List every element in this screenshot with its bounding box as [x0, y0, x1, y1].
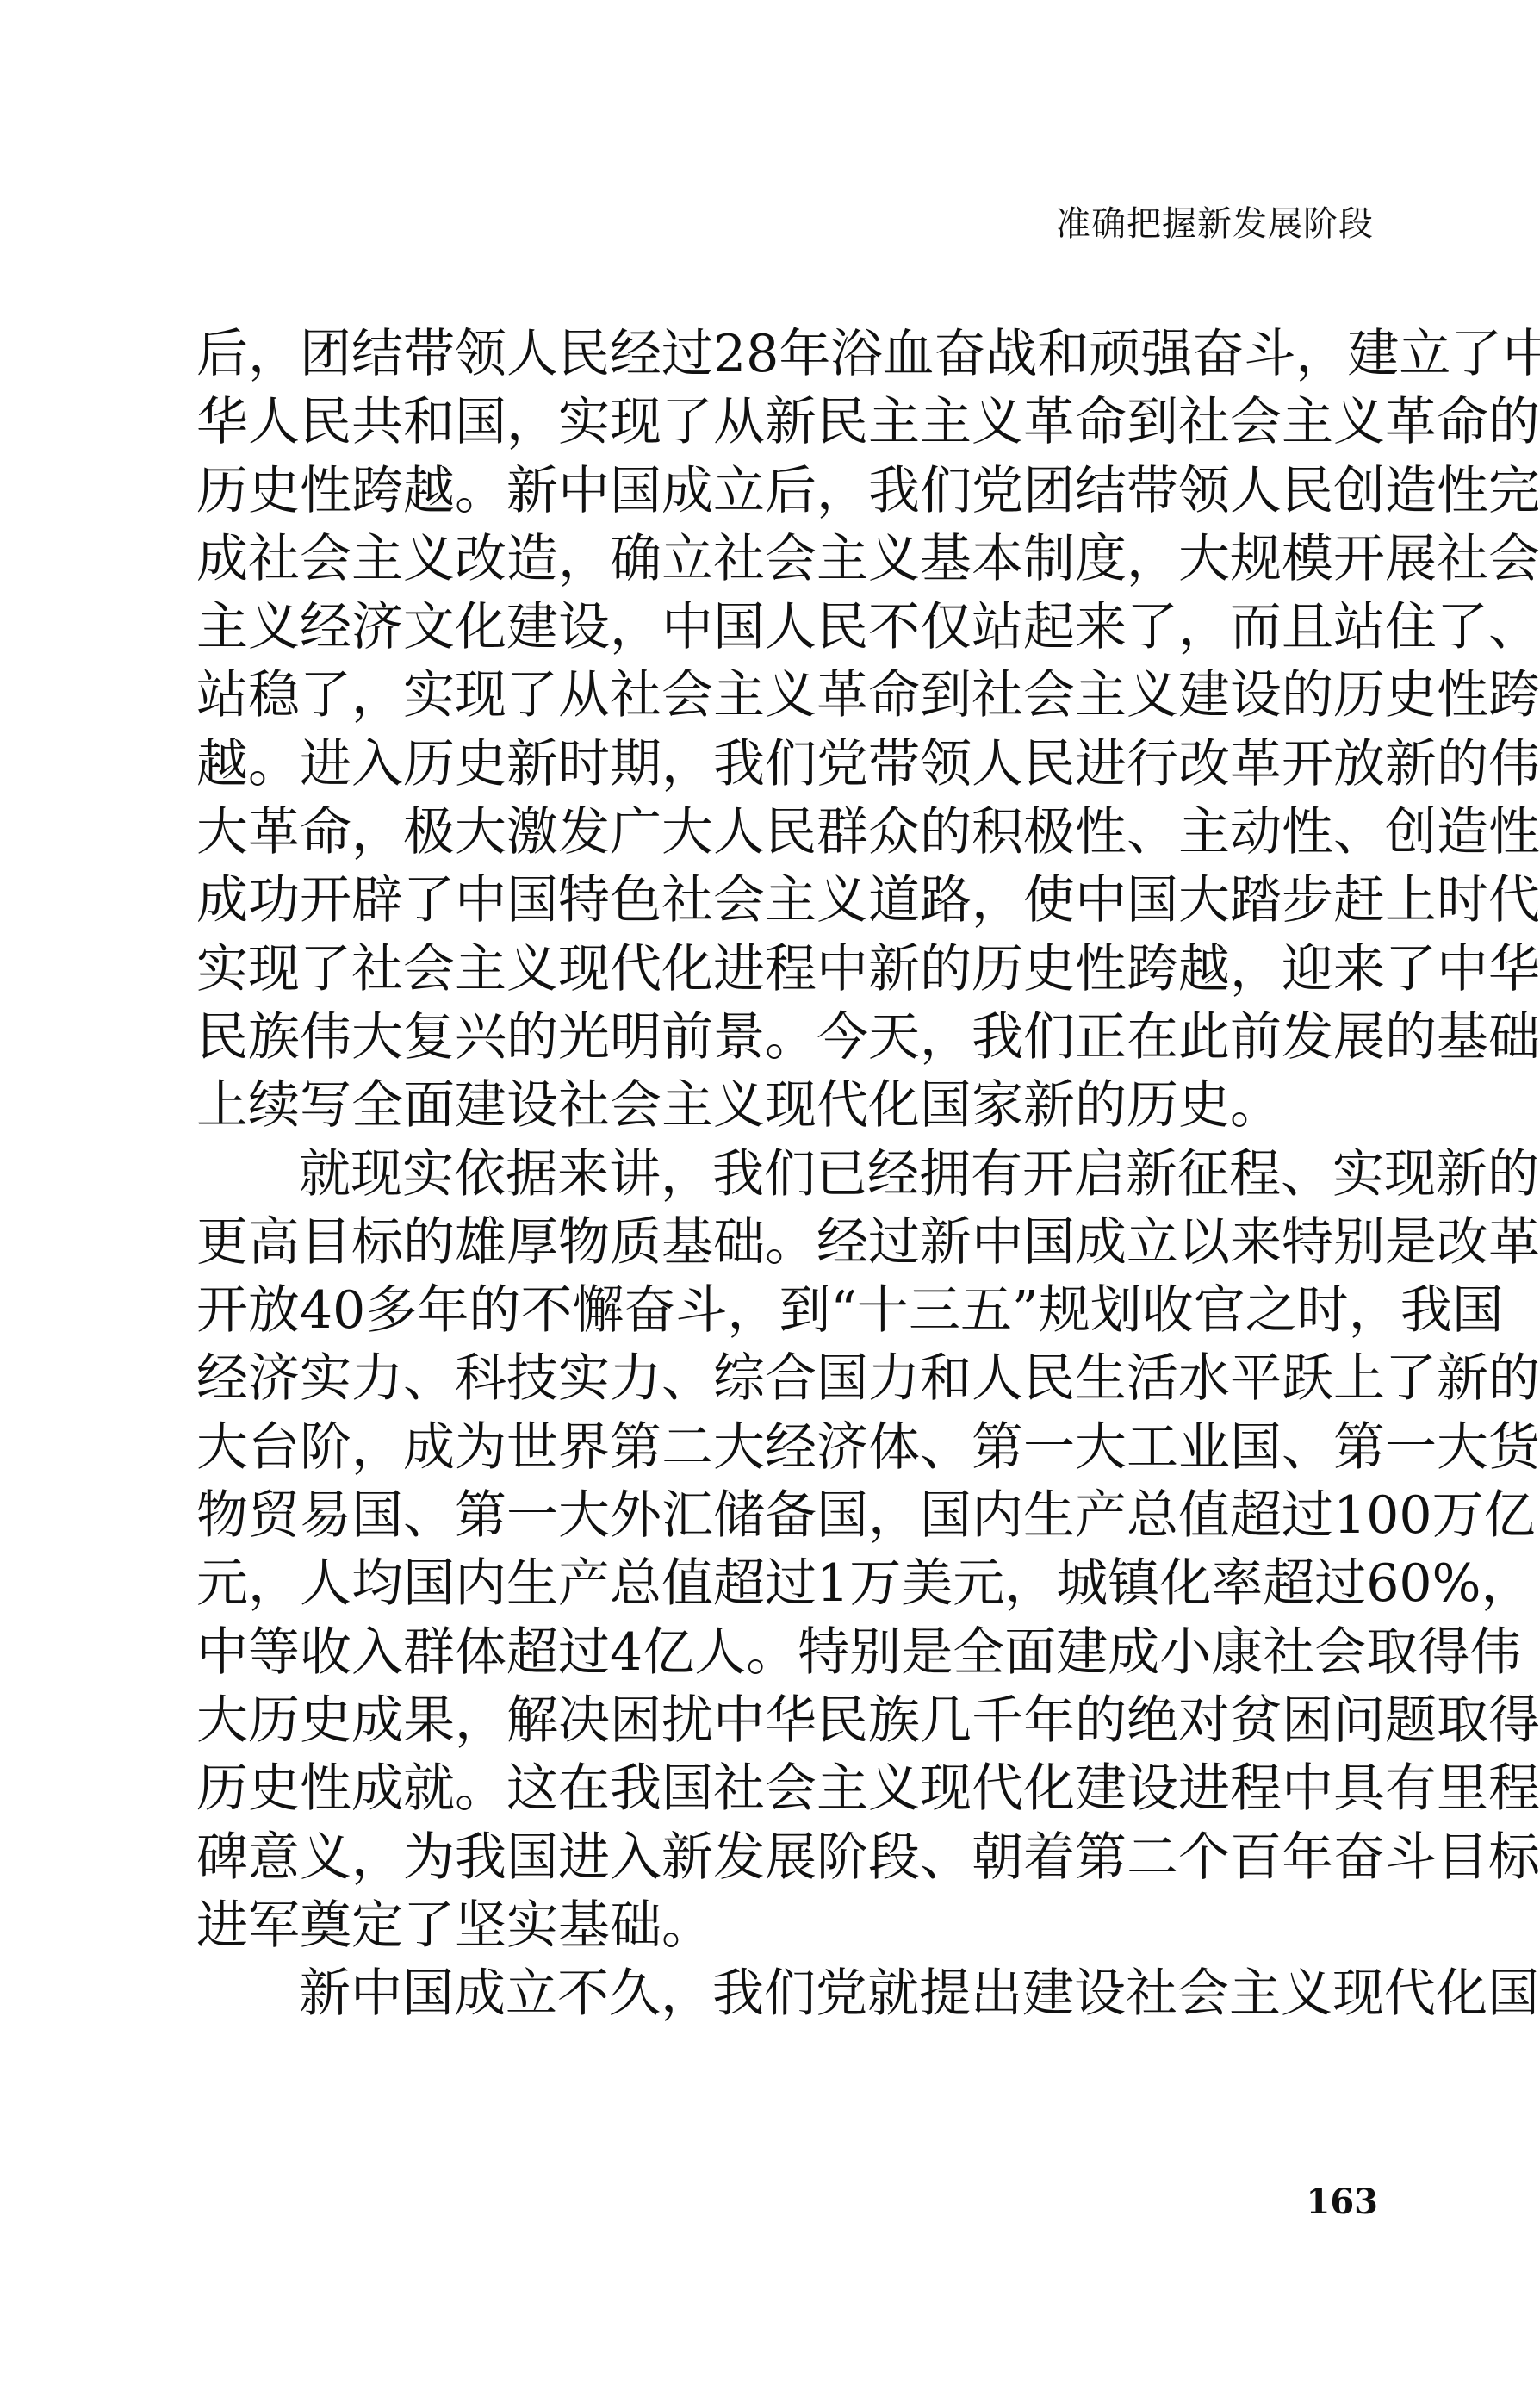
text-line: 站稳了，实现了从社会主义革命到社会主义建设的历史性跨 — [196, 662, 1371, 730]
text-line: 碑意义，为我国进入新发展阶段、朝着第二个百年奋斗目标 — [196, 1824, 1371, 1892]
text-line: 越。进入历史新时期，我们党带领人民进行改革开放新的伟 — [196, 731, 1371, 799]
text-line: 成功开辟了中国特色社会主义道路，使中国大踏步赶上时代， — [196, 867, 1371, 935]
text-line: 元，人均国内生产总值超过1万美元，城镇化率超过60%， — [196, 1550, 1371, 1618]
text-line: 经济实力、科技实力、综合国力和人民生活水平跃上了新的 — [196, 1345, 1371, 1413]
text-line: 华人民共和国，实现了从新民主主义革命到社会主义革命的 — [196, 389, 1371, 457]
paragraph-first-line: 就现实依据来讲，我们已经拥有开启新征程、实现新的 — [196, 1141, 1371, 1209]
text-line: 大革命，极大激发广大人民群众的积极性、主动性、创造性， — [196, 799, 1371, 867]
paragraph-first-line: 新中国成立不久，我们党就提出建设社会主义现代化国 — [196, 1960, 1371, 2028]
body-text: 后，团结带领人民经过28年浴血奋战和顽强奋斗，建立了中华人民共和国，实现了从新民… — [196, 321, 1371, 2028]
book-page: 准确把握新发展阶段 后，团结带领人民经过28年浴血奋战和顽强奋斗，建立了中华人民… — [0, 0, 1540, 2390]
text-line: 历史性成就。这在我国社会主义现代化建设进程中具有里程 — [196, 1755, 1371, 1823]
running-header-title: 准确把握新发展阶段 — [990, 200, 1374, 248]
text-line: 上续写全面建设社会主义现代化国家新的历史。 — [196, 1072, 1371, 1140]
text-line: 物贸易国、第一大外汇储备国，国内生产总值超过100万亿 — [196, 1482, 1371, 1550]
text-line: 大历史成果，解决困扰中华民族几千年的绝对贫困问题取得 — [196, 1687, 1371, 1755]
text-line: 民族伟大复兴的光明前景。今天，我们正在此前发展的基础 — [196, 1004, 1371, 1072]
text-line: 开放40多年的不懈奋斗，到“十三五”规划收官之时，我国 — [196, 1277, 1371, 1345]
text-line: 主义经济文化建设，中国人民不仅站起来了，而且站住了、 — [196, 594, 1371, 662]
text-line: 中等收入群体超过4亿人。特别是全面建成小康社会取得伟 — [196, 1619, 1371, 1687]
text-line: 历史性跨越。新中国成立后，我们党团结带领人民创造性完 — [196, 457, 1371, 526]
text-line: 大台阶，成为世界第二大经济体、第一大工业国、第一大货 — [196, 1414, 1371, 1482]
text-line: 更高目标的雄厚物质基础。经过新中国成立以来特别是改革 — [196, 1209, 1371, 1277]
text-line: 后，团结带领人民经过28年浴血奋战和顽强奋斗，建立了中 — [196, 321, 1371, 389]
text-line: 进军奠定了坚实基础。 — [196, 1892, 1371, 1960]
page-number: 163 — [1292, 2178, 1378, 2226]
text-line: 成社会主义改造，确立社会主义基本制度，大规模开展社会 — [196, 526, 1371, 594]
text-line: 实现了社会主义现代化进程中新的历史性跨越，迎来了中华 — [196, 936, 1371, 1004]
